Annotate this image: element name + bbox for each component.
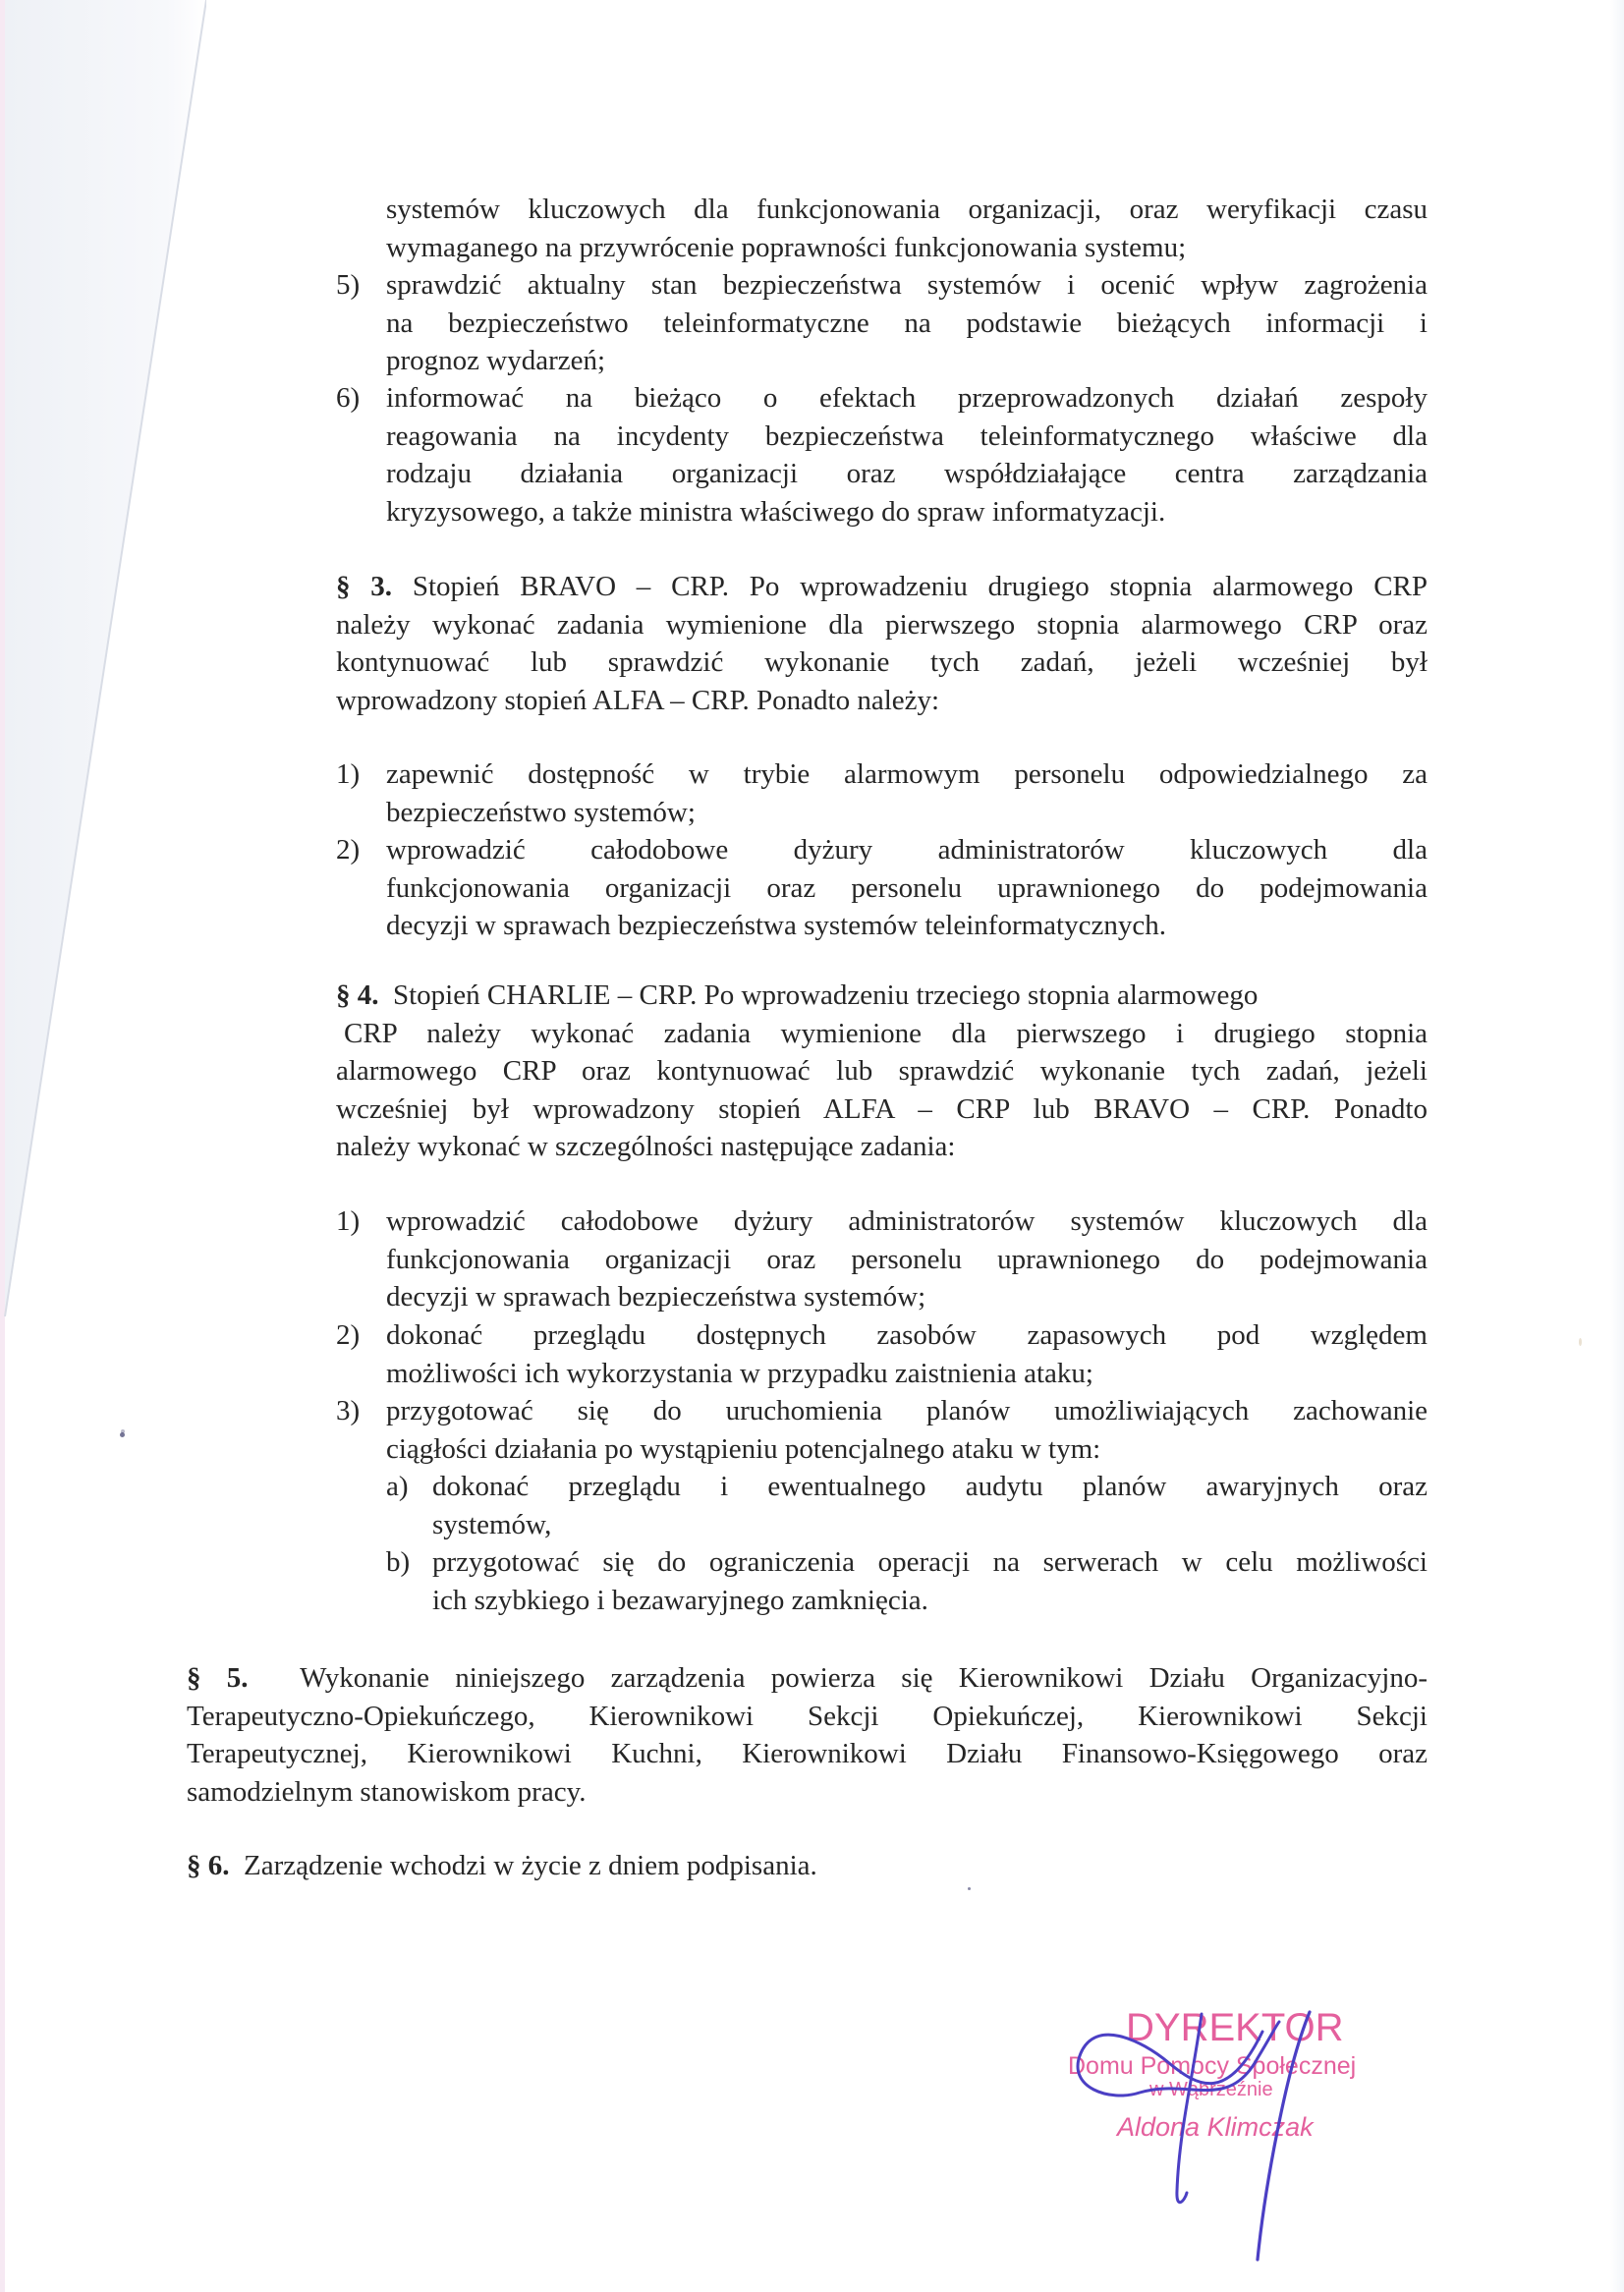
- text-line: wprowadzony stopień ALFA – CRP. Ponadto …: [336, 682, 1428, 720]
- text-line: prognoz wydarzeń;: [386, 342, 1428, 380]
- list-number: 6): [336, 379, 360, 418]
- text-line: informować na bieżąco o efektach przepro…: [386, 379, 1428, 418]
- section-3-item-2: 2) wprowadzić całodobowe dyżury administ…: [336, 831, 1428, 945]
- text-line: CRP należy wykonać zadania wymienione dl…: [336, 1015, 1428, 1053]
- text-line: dokonać przeglądu dostępnych zasobów zap…: [386, 1316, 1428, 1355]
- text-line: wprowadzić całodobowe dyżury administrat…: [386, 1202, 1428, 1241]
- text-line: należy wykonać w szczególności następują…: [336, 1128, 1428, 1166]
- text-line: funkcjonowania organizacji oraz personel…: [386, 1241, 1428, 1279]
- text-line: decyzji w sprawach bezpieczeństwa system…: [386, 1278, 1428, 1316]
- section-6: § 6. Zarządzenie wchodzi w życie z dniem…: [187, 1847, 1428, 1885]
- text-line: Terapeutyczno-Opiekuńczego, Kierownikowi…: [187, 1698, 1428, 1736]
- list-item-6: 6) informować na bieżąco o efektach prze…: [336, 379, 1428, 531]
- list-number: 3): [336, 1392, 360, 1430]
- section-mark: § 4.: [336, 979, 379, 1011]
- text-line: zapewnić dostępność w trybie alarmowym p…: [386, 755, 1428, 794]
- scan-speck: [968, 1887, 971, 1890]
- list-number: 1): [336, 755, 360, 794]
- scan-speck: [1579, 1338, 1582, 1346]
- list-number: 2): [336, 1316, 360, 1355]
- section-5-first-line: § 5. Wykonanie niniejszego zarządzenia p…: [187, 1659, 1428, 1698]
- section-4-item-3: 3) przygotować się do uruchomienia planó…: [336, 1392, 1428, 1468]
- text-line: należy wykonać zadania wymienione dla pi…: [336, 606, 1428, 644]
- text-line: przygotować się do uruchomienia planów u…: [386, 1392, 1428, 1430]
- text-line: funkcjonowania organizacji oraz personel…: [386, 869, 1428, 908]
- scan-speck: [120, 1432, 125, 1437]
- section-4-subitem-b: b) przygotować się do ograniczenia opera…: [386, 1543, 1428, 1619]
- text-line: reagowania na incydenty bezpieczeństwa t…: [386, 418, 1428, 456]
- scan-edge-right: [1610, 0, 1624, 2292]
- section-4-item-1: 1) wprowadzić całodobowe dyżury administ…: [336, 1202, 1428, 1316]
- scan-fold-artifact: [0, 0, 206, 1316]
- list-letter: b): [386, 1543, 410, 1582]
- section-5: § 5. Wykonanie niniejszego zarządzenia p…: [187, 1659, 1428, 1811]
- section-6-line: § 6. Zarządzenie wchodzi w życie z dniem…: [187, 1847, 1428, 1885]
- section-4-subitem-a: a) dokonać przeglądu i ewentualnego audy…: [386, 1468, 1428, 1543]
- list-item-5: 5) sprawdzić aktualny stan bezpieczeństw…: [336, 266, 1428, 380]
- text-line: wymaganego na przywrócenie poprawności f…: [386, 229, 1428, 267]
- handwritten-signature: [1061, 1965, 1375, 2269]
- list-letter: a): [386, 1468, 409, 1506]
- text-line: przygotować się do ograniczenia operacji…: [432, 1543, 1428, 1582]
- text-line: kryzysowego, a także ministra właściwego…: [386, 493, 1428, 531]
- section-4: § 4. Stopień CHARLIE – CRP. Po wprowadze…: [336, 977, 1428, 1166]
- list-number: 1): [336, 1202, 360, 1241]
- text-line: Terapeutycznej, Kierownikowi Kuchni, Kie…: [187, 1735, 1428, 1773]
- text-line: systemów,: [432, 1506, 1428, 1544]
- text-line: samodzielnym stanowiskom pracy.: [187, 1773, 1428, 1812]
- text-line: wprowadzić całodobowe dyżury administrat…: [386, 831, 1428, 869]
- list-number: 2): [336, 831, 360, 869]
- text-line: ciągłości działania po wystąpieniu poten…: [386, 1430, 1428, 1469]
- section-3: § 3. Stopień BRAVO – CRP. Po wprowadzeni…: [336, 568, 1428, 719]
- text-line: na bezpieczeństwo teleinformatyczne na p…: [386, 305, 1428, 343]
- list-number: 5): [336, 266, 360, 305]
- section-mark: § 3.: [336, 571, 392, 602]
- text-line: sprawdzić aktualny stan bezpieczeństwa s…: [386, 266, 1428, 305]
- text-line: systemów kluczowych dla funkcjonowania o…: [386, 191, 1428, 229]
- section-mark: § 6.: [187, 1850, 230, 1881]
- section-mark: § 5.: [187, 1662, 249, 1694]
- section-3-item-1: 1) zapewnić dostępność w trybie alarmowy…: [336, 755, 1428, 831]
- text-line: dokonać przeglądu i ewentualnego audytu …: [432, 1468, 1428, 1506]
- text-line: bezpieczeństwo systemów;: [386, 794, 1428, 832]
- text-line: rodzaju działania organizacji oraz współ…: [386, 455, 1428, 493]
- section-3-first-line: § 3. Stopień BRAVO – CRP. Po wprowadzeni…: [336, 568, 1428, 606]
- text-line: alarmowego CRP oraz kontynuować lub spra…: [336, 1052, 1428, 1090]
- section-4-first-line: § 4. Stopień CHARLIE – CRP. Po wprowadze…: [336, 977, 1428, 1015]
- text-line: kontynuować lub sprawdzić wykonanie tych…: [336, 643, 1428, 682]
- section-4-item-2: 2) dokonać przeglądu dostępnych zasobów …: [336, 1316, 1428, 1392]
- text-line: możliwości ich wykorzystania w przypadku…: [386, 1355, 1428, 1393]
- text-line: ich szybkiego i bezawaryjnego zamknięcia…: [432, 1582, 1428, 1620]
- scanned-document-page: systemów kluczowych dla funkcjonowania o…: [0, 0, 1624, 2292]
- continuation-text: systemów kluczowych dla funkcjonowania o…: [386, 191, 1428, 266]
- text-line: decyzji w sprawach bezpieczeństwa system…: [386, 907, 1428, 945]
- text-line: wcześniej był wprowadzony stopień ALFA –…: [336, 1090, 1428, 1129]
